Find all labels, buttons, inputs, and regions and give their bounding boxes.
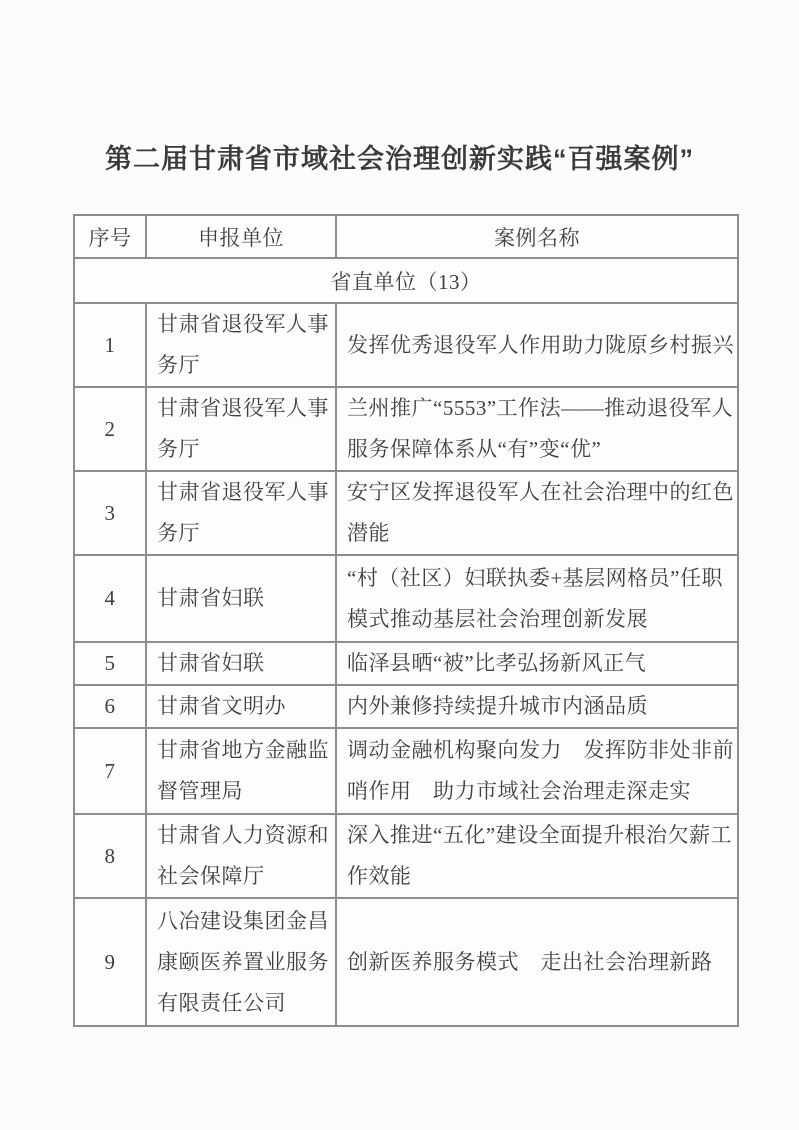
case-cell: 安宁区发挥退役军人在社会治理中的红色潜能	[336, 471, 738, 555]
unit-cell: 甘肃省文明办	[146, 685, 336, 728]
table-header-row: 序号 申报单位 案例名称	[74, 215, 738, 258]
table-row: 7 甘肃省地方金融监督管理局 调动金融机构聚向发力 发挥防非处非前哨作用 助力市…	[74, 728, 738, 814]
row-number: 6	[74, 685, 146, 728]
case-cell: 创新医养服务模式 走出社会治理新路	[336, 898, 738, 1026]
row-number: 8	[74, 814, 146, 898]
table-row: 9 八冶建设集团金昌康颐医养置业服务有限责任公司 创新医养服务模式 走出社会治理…	[74, 898, 738, 1026]
column-header-unit: 申报单位	[146, 215, 336, 258]
table-row: 4 甘肃省妇联 “村（社区）妇联执委+基层网格员”任职模式推动基层社会治理创新发…	[74, 555, 738, 642]
row-number: 2	[74, 387, 146, 471]
unit-cell: 八冶建设集团金昌康颐医养置业服务有限责任公司	[146, 898, 336, 1026]
row-number: 9	[74, 898, 146, 1026]
column-header-number: 序号	[74, 215, 146, 258]
column-header-case: 案例名称	[336, 215, 738, 258]
case-cell: 临泽县晒“被”比孝弘扬新风正气	[336, 642, 738, 685]
case-cell: 深入推进“五化”建设全面提升根治欠薪工作效能	[336, 814, 738, 898]
table-row: 6 甘肃省文明办 内外兼修持续提升城市内涵品质	[74, 685, 738, 728]
unit-cell: 甘肃省退役军人事务厅	[146, 303, 336, 387]
case-cell: “村（社区）妇联执委+基层网格员”任职模式推动基层社会治理创新发展	[336, 555, 738, 642]
case-cell: 发挥优秀退役军人作用助力陇原乡村振兴	[336, 303, 738, 387]
table-row: 1 甘肃省退役军人事务厅 发挥优秀退役军人作用助力陇原乡村振兴	[74, 303, 738, 387]
row-number: 7	[74, 728, 146, 814]
case-cell: 调动金融机构聚向发力 发挥防非处非前哨作用 助力市域社会治理走深走实	[336, 728, 738, 814]
unit-cell: 甘肃省退役军人事务厅	[146, 471, 336, 555]
row-number: 5	[74, 642, 146, 685]
case-cell: 兰州推广“5553”工作法——推动退役军人服务保障体系从“有”变“优”	[336, 387, 738, 471]
unit-cell: 甘肃省退役军人事务厅	[146, 387, 336, 471]
table-row: 8 甘肃省人力资源和社会保障厅 深入推进“五化”建设全面提升根治欠薪工作效能	[74, 814, 738, 898]
unit-cell: 甘肃省地方金融监督管理局	[146, 728, 336, 814]
section-header: 省直单位（13）	[74, 258, 738, 303]
unit-cell: 甘肃省妇联	[146, 555, 336, 642]
unit-cell: 甘肃省妇联	[146, 642, 336, 685]
table-row: 3 甘肃省退役军人事务厅 安宁区发挥退役军人在社会治理中的红色潜能	[74, 471, 738, 555]
section-row: 省直单位（13）	[74, 258, 738, 303]
row-number: 4	[74, 555, 146, 642]
cases-table: 序号 申报单位 案例名称 省直单位（13） 1 甘肃省退役军人事务厅 发挥优秀退…	[73, 214, 739, 1027]
row-number: 1	[74, 303, 146, 387]
table-row: 5 甘肃省妇联 临泽县晒“被”比孝弘扬新风正气	[74, 642, 738, 685]
table-row: 2 甘肃省退役军人事务厅 兰州推广“5553”工作法——推动退役军人服务保障体系…	[74, 387, 738, 471]
document-page: 第二届甘肃省市域社会治理创新实践“百强案例” 序号 申报单位 案例名称 省直单位…	[0, 0, 799, 1130]
row-number: 3	[74, 471, 146, 555]
case-cell: 内外兼修持续提升城市内涵品质	[336, 685, 738, 728]
document-title: 第二届甘肃省市域社会治理创新实践“百强案例”	[0, 137, 799, 176]
unit-cell: 甘肃省人力资源和社会保障厅	[146, 814, 336, 898]
